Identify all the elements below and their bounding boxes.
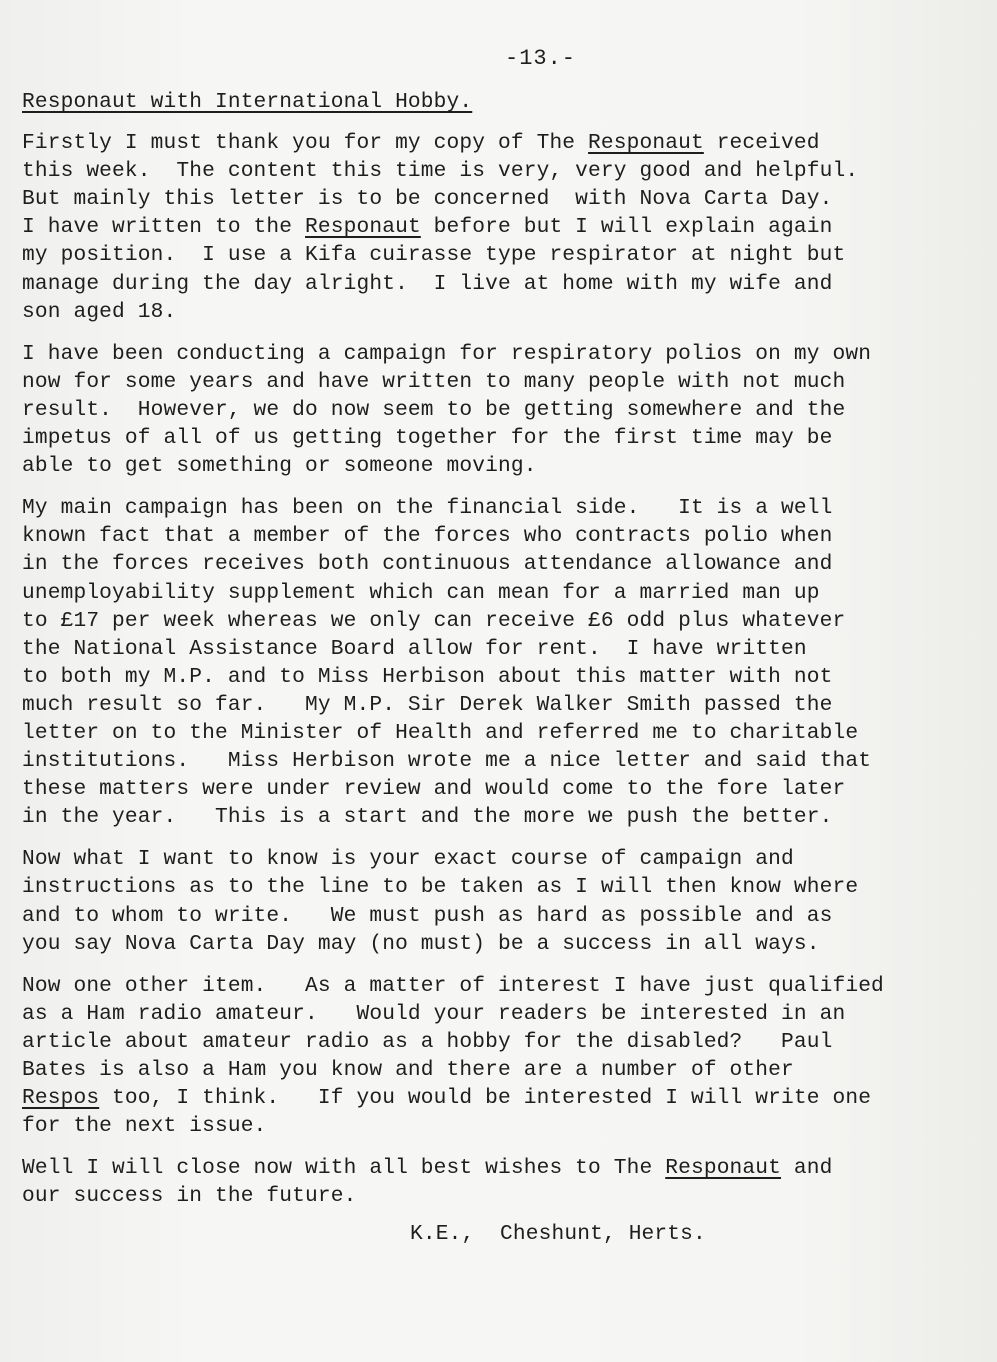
text-line: Firstly I must thank you for my copy of … xyxy=(22,129,962,157)
text-line: letter on to the Minister of Health and … xyxy=(22,719,962,747)
text-run: in the year. This is a start and the mor… xyxy=(22,805,832,829)
text-run: I have been conducting a campaign for re… xyxy=(22,342,871,366)
text-run: you say Nova Carta Day may (no must) be … xyxy=(22,932,820,956)
text-line: article about amateur radio as a hobby f… xyxy=(22,1028,962,1056)
underlined-term: Responaut xyxy=(665,1156,781,1180)
text-line: and to whom to write. We must push as ha… xyxy=(22,902,962,930)
text-run: Firstly I must thank you for my copy of … xyxy=(22,131,588,155)
text-run: to both my M.P. and to Miss Herbison abo… xyxy=(22,665,832,689)
text-run: for the next issue. xyxy=(22,1114,266,1138)
text-line: manage during the day alright. I live at… xyxy=(22,270,962,298)
underlined-term: Respos xyxy=(22,1086,99,1110)
text-run: Now what I want to know is your exact co… xyxy=(22,847,794,871)
text-line: the National Assistance Board allow for … xyxy=(22,635,962,663)
paragraphs: Firstly I must thank you for my copy of … xyxy=(22,129,962,1210)
text-run: now for some years and have written to m… xyxy=(22,370,845,394)
letter-title: Responaut with International Hobby. xyxy=(22,88,962,116)
text-run: received xyxy=(704,131,820,155)
paragraph: Well I will close now with all best wish… xyxy=(22,1154,962,1210)
text-line: son aged 18. xyxy=(22,298,962,326)
text-run: my position. I use a Kifa cuirasse type … xyxy=(22,243,845,267)
paragraph: I have been conducting a campaign for re… xyxy=(22,340,962,480)
text-line: to both my M.P. and to Miss Herbison abo… xyxy=(22,663,962,691)
letter-body: Responaut with International Hobby. Firs… xyxy=(22,88,962,1249)
text-run: instructions as to the line to be taken … xyxy=(22,875,858,899)
text-run: impetus of all of us getting together fo… xyxy=(22,426,832,450)
paragraph: Now one other item. As a matter of inter… xyxy=(22,972,962,1141)
text-run: result. However, we do now seem to be ge… xyxy=(22,398,845,422)
text-line: Respos too, I think. If you would be int… xyxy=(22,1084,962,1112)
text-run: letter on to the Minister of Health and … xyxy=(22,721,858,745)
text-line: Bates is also a Ham you know and there a… xyxy=(22,1056,962,1084)
text-run: known fact that a member of the forces w… xyxy=(22,524,832,548)
text-run: Well I will close now with all best wish… xyxy=(22,1156,665,1180)
text-line: I have written to the Responaut before b… xyxy=(22,213,962,241)
text-run: I have written to the xyxy=(22,215,305,239)
text-line: to £17 per week whereas we only can rece… xyxy=(22,607,962,635)
text-line: unemployability supplement which can mea… xyxy=(22,579,962,607)
text-line: now for some years and have written to m… xyxy=(22,368,962,396)
signature: K.E., Cheshunt, Herts. xyxy=(410,1220,962,1248)
text-run: able to get something or someone moving. xyxy=(22,454,537,478)
text-run: this week. The content this time is very… xyxy=(22,159,858,183)
text-run: and xyxy=(781,1156,832,1180)
text-run: My main campaign has been on the financi… xyxy=(22,496,832,520)
paragraph: Now what I want to know is your exact co… xyxy=(22,845,962,957)
text-run: before but I will explain again xyxy=(421,215,833,239)
text-run: son aged 18. xyxy=(22,300,176,324)
text-line: I have been conducting a campaign for re… xyxy=(22,340,962,368)
text-run: the National Assistance Board allow for … xyxy=(22,637,807,661)
text-line: institutions. Miss Herbison wrote me a n… xyxy=(22,747,962,775)
text-line: instructions as to the line to be taken … xyxy=(22,873,962,901)
text-line: Now one other item. As a matter of inter… xyxy=(22,972,962,1000)
text-line: my position. I use a Kifa cuirasse type … xyxy=(22,241,962,269)
text-line: But mainly this letter is to be concerne… xyxy=(22,185,962,213)
text-run: article about amateur radio as a hobby f… xyxy=(22,1030,832,1054)
text-line: My main campaign has been on the financi… xyxy=(22,494,962,522)
text-run: too, I think. If you would be interested… xyxy=(99,1086,871,1110)
text-line: our success in the future. xyxy=(22,1182,962,1210)
text-line: as a Ham radio amateur. Would your reade… xyxy=(22,1000,962,1028)
text-line: known fact that a member of the forces w… xyxy=(22,522,962,550)
page-number: -13.- xyxy=(505,46,576,71)
paragraph: My main campaign has been on the financi… xyxy=(22,494,962,831)
text-run: in the forces receives both continuous a… xyxy=(22,552,832,576)
underlined-term: Responaut xyxy=(588,131,704,155)
text-line: this week. The content this time is very… xyxy=(22,157,962,185)
text-run: and to whom to write. We must push as ha… xyxy=(22,904,832,928)
text-run: institutions. Miss Herbison wrote me a n… xyxy=(22,749,871,773)
text-run: these matters were under review and woul… xyxy=(22,777,845,801)
text-run: Now one other item. As a matter of inter… xyxy=(22,974,884,998)
text-line: for the next issue. xyxy=(22,1112,962,1140)
text-line: result. However, we do now seem to be ge… xyxy=(22,396,962,424)
text-line: in the forces receives both continuous a… xyxy=(22,550,962,578)
text-line: impetus of all of us getting together fo… xyxy=(22,424,962,452)
document-page: -13.- Responaut with International Hobby… xyxy=(0,0,997,1362)
text-run: But mainly this letter is to be concerne… xyxy=(22,187,832,211)
text-line: Well I will close now with all best wish… xyxy=(22,1154,962,1182)
text-run: our success in the future. xyxy=(22,1184,356,1208)
text-run: manage during the day alright. I live at… xyxy=(22,272,832,296)
text-run: Bates is also a Ham you know and there a… xyxy=(22,1058,794,1082)
underlined-term: Responaut xyxy=(305,215,421,239)
text-line: in the year. This is a start and the mor… xyxy=(22,803,962,831)
text-line: these matters were under review and woul… xyxy=(22,775,962,803)
text-line: much result so far. My M.P. Sir Derek Wa… xyxy=(22,691,962,719)
text-line: able to get something or someone moving. xyxy=(22,452,962,480)
text-run: to £17 per week whereas we only can rece… xyxy=(22,609,845,633)
text-run: unemployability supplement which can mea… xyxy=(22,581,820,605)
text-line: you say Nova Carta Day may (no must) be … xyxy=(22,930,962,958)
paragraph: Firstly I must thank you for my copy of … xyxy=(22,129,962,326)
text-run: as a Ham radio amateur. Would your reade… xyxy=(22,1002,845,1026)
text-run: much result so far. My M.P. Sir Derek Wa… xyxy=(22,693,832,717)
text-line: Now what I want to know is your exact co… xyxy=(22,845,962,873)
